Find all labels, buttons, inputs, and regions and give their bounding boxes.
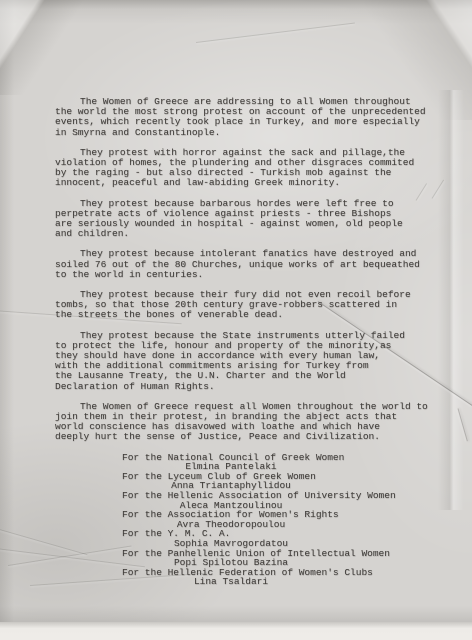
signature-name: Lina Tsaldari — [55, 577, 407, 587]
scanned-page: The Women of Greece are addressing to al… — [0, 0, 472, 640]
paragraph-protest-violence: They protest because barbarous hordes we… — [55, 199, 443, 240]
crease-line — [458, 408, 468, 441]
paragraph-protest-tombs: They protest because their fury did not … — [55, 290, 443, 321]
paragraph-protest-pillage: They protest with horror against the sac… — [55, 148, 443, 189]
paper-sheet: The Women of Greece are addressing to al… — [0, 0, 472, 622]
paragraph-request: The Women of Greece request all Women th… — [55, 402, 443, 443]
scanner-background-edge — [0, 622, 472, 640]
paragraph-intro: The Women of Greece are addressing to al… — [55, 97, 443, 138]
signature-name: Avra Theodoropoulou — [55, 520, 407, 530]
fold-shadow-top-left — [0, 0, 175, 95]
paragraph-protest-churches: They protest because intolerant fanatics… — [55, 249, 443, 280]
signature-block: For the National Council of Greek Women … — [55, 453, 407, 587]
crease-line — [196, 23, 355, 43]
document-body: The Women of Greece are addressing to al… — [55, 97, 443, 587]
paragraph-protest-state: They protest because the State instrumen… — [55, 331, 443, 392]
